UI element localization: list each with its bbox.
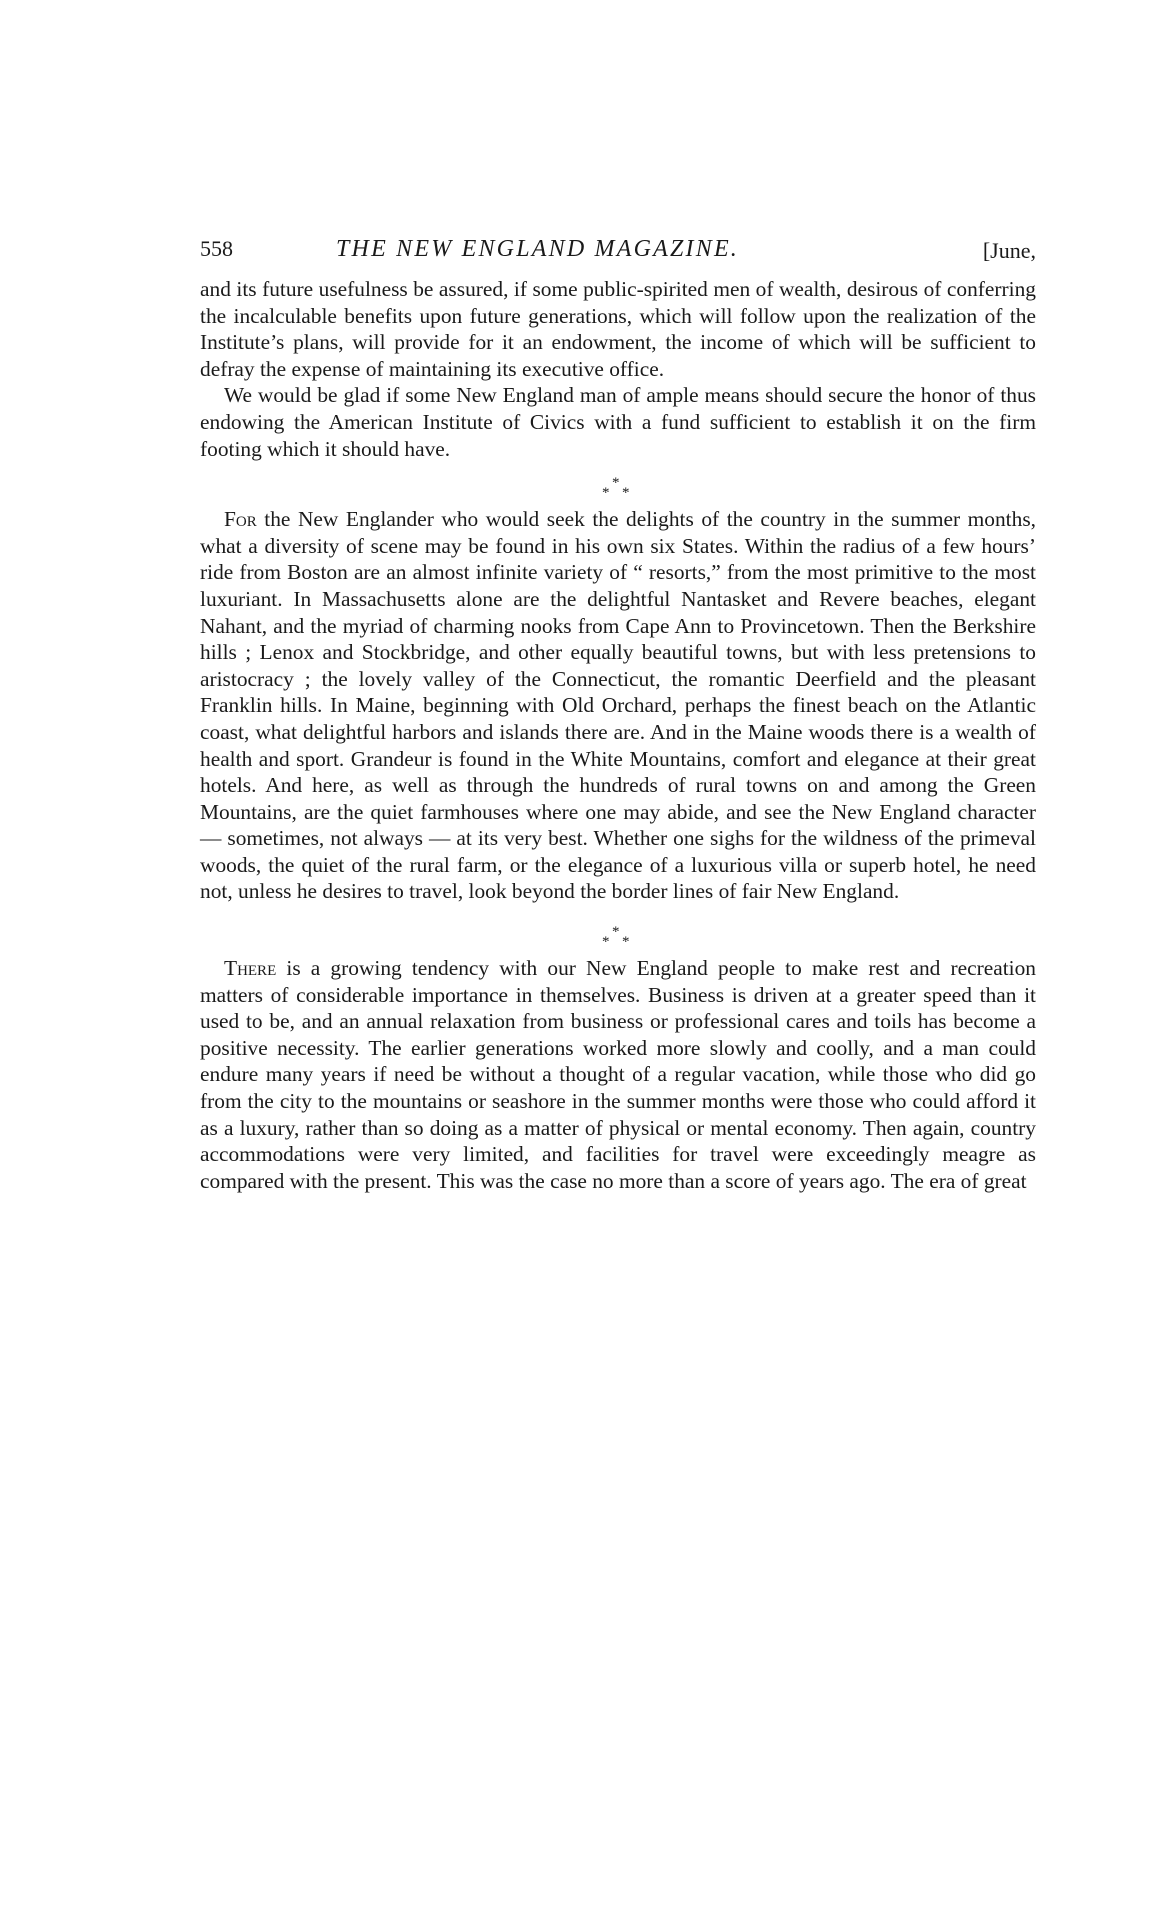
asterisk-icon: * xyxy=(602,486,610,501)
document-page: 558 THE NEW ENGLAND MAGAZINE. [June, and… xyxy=(200,232,1036,1194)
asterisk-icon: * xyxy=(622,486,630,501)
paragraph-new-england-resorts: For the New Englander who would seek the… xyxy=(200,506,1036,905)
asterism-divider: * * * xyxy=(588,474,648,506)
paragraph-text: is a growing tendency with our New Engla… xyxy=(200,956,1036,1193)
paragraph-rest-and-recreation: There is a growing tendency with our New… xyxy=(200,955,1036,1194)
paragraph-endowment-continued: and its future usefulness be assured, if… xyxy=(200,276,1036,382)
paragraph-text: the New Englander who would seek the del… xyxy=(200,507,1036,903)
asterisk-icon: * xyxy=(612,925,620,940)
page-number: 558 xyxy=(200,232,233,266)
paragraph-text: We would be glad if some New England man… xyxy=(200,383,1036,460)
body-text: and its future usefulness be assured, if… xyxy=(200,276,1036,1194)
asterism-divider: * * * xyxy=(588,923,648,955)
spacer xyxy=(200,905,1036,921)
running-head: 558 THE NEW ENGLAND MAGAZINE. [June, xyxy=(200,232,1036,266)
paragraph-lead-word: For xyxy=(224,507,257,531)
paragraph-text: and its future usefulness be assured, if… xyxy=(200,277,1036,381)
magazine-title: THE NEW ENGLAND MAGAZINE. xyxy=(336,232,739,266)
asterisk-icon: * xyxy=(602,935,610,950)
asterisk-icon: * xyxy=(622,935,630,950)
issue-month: [June, xyxy=(983,234,1036,268)
paragraph-lead-word: There xyxy=(224,956,276,980)
asterisk-icon: * xyxy=(612,476,620,491)
paragraph-institute-of-civics: We would be glad if some New England man… xyxy=(200,382,1036,462)
spacer xyxy=(200,462,1036,472)
